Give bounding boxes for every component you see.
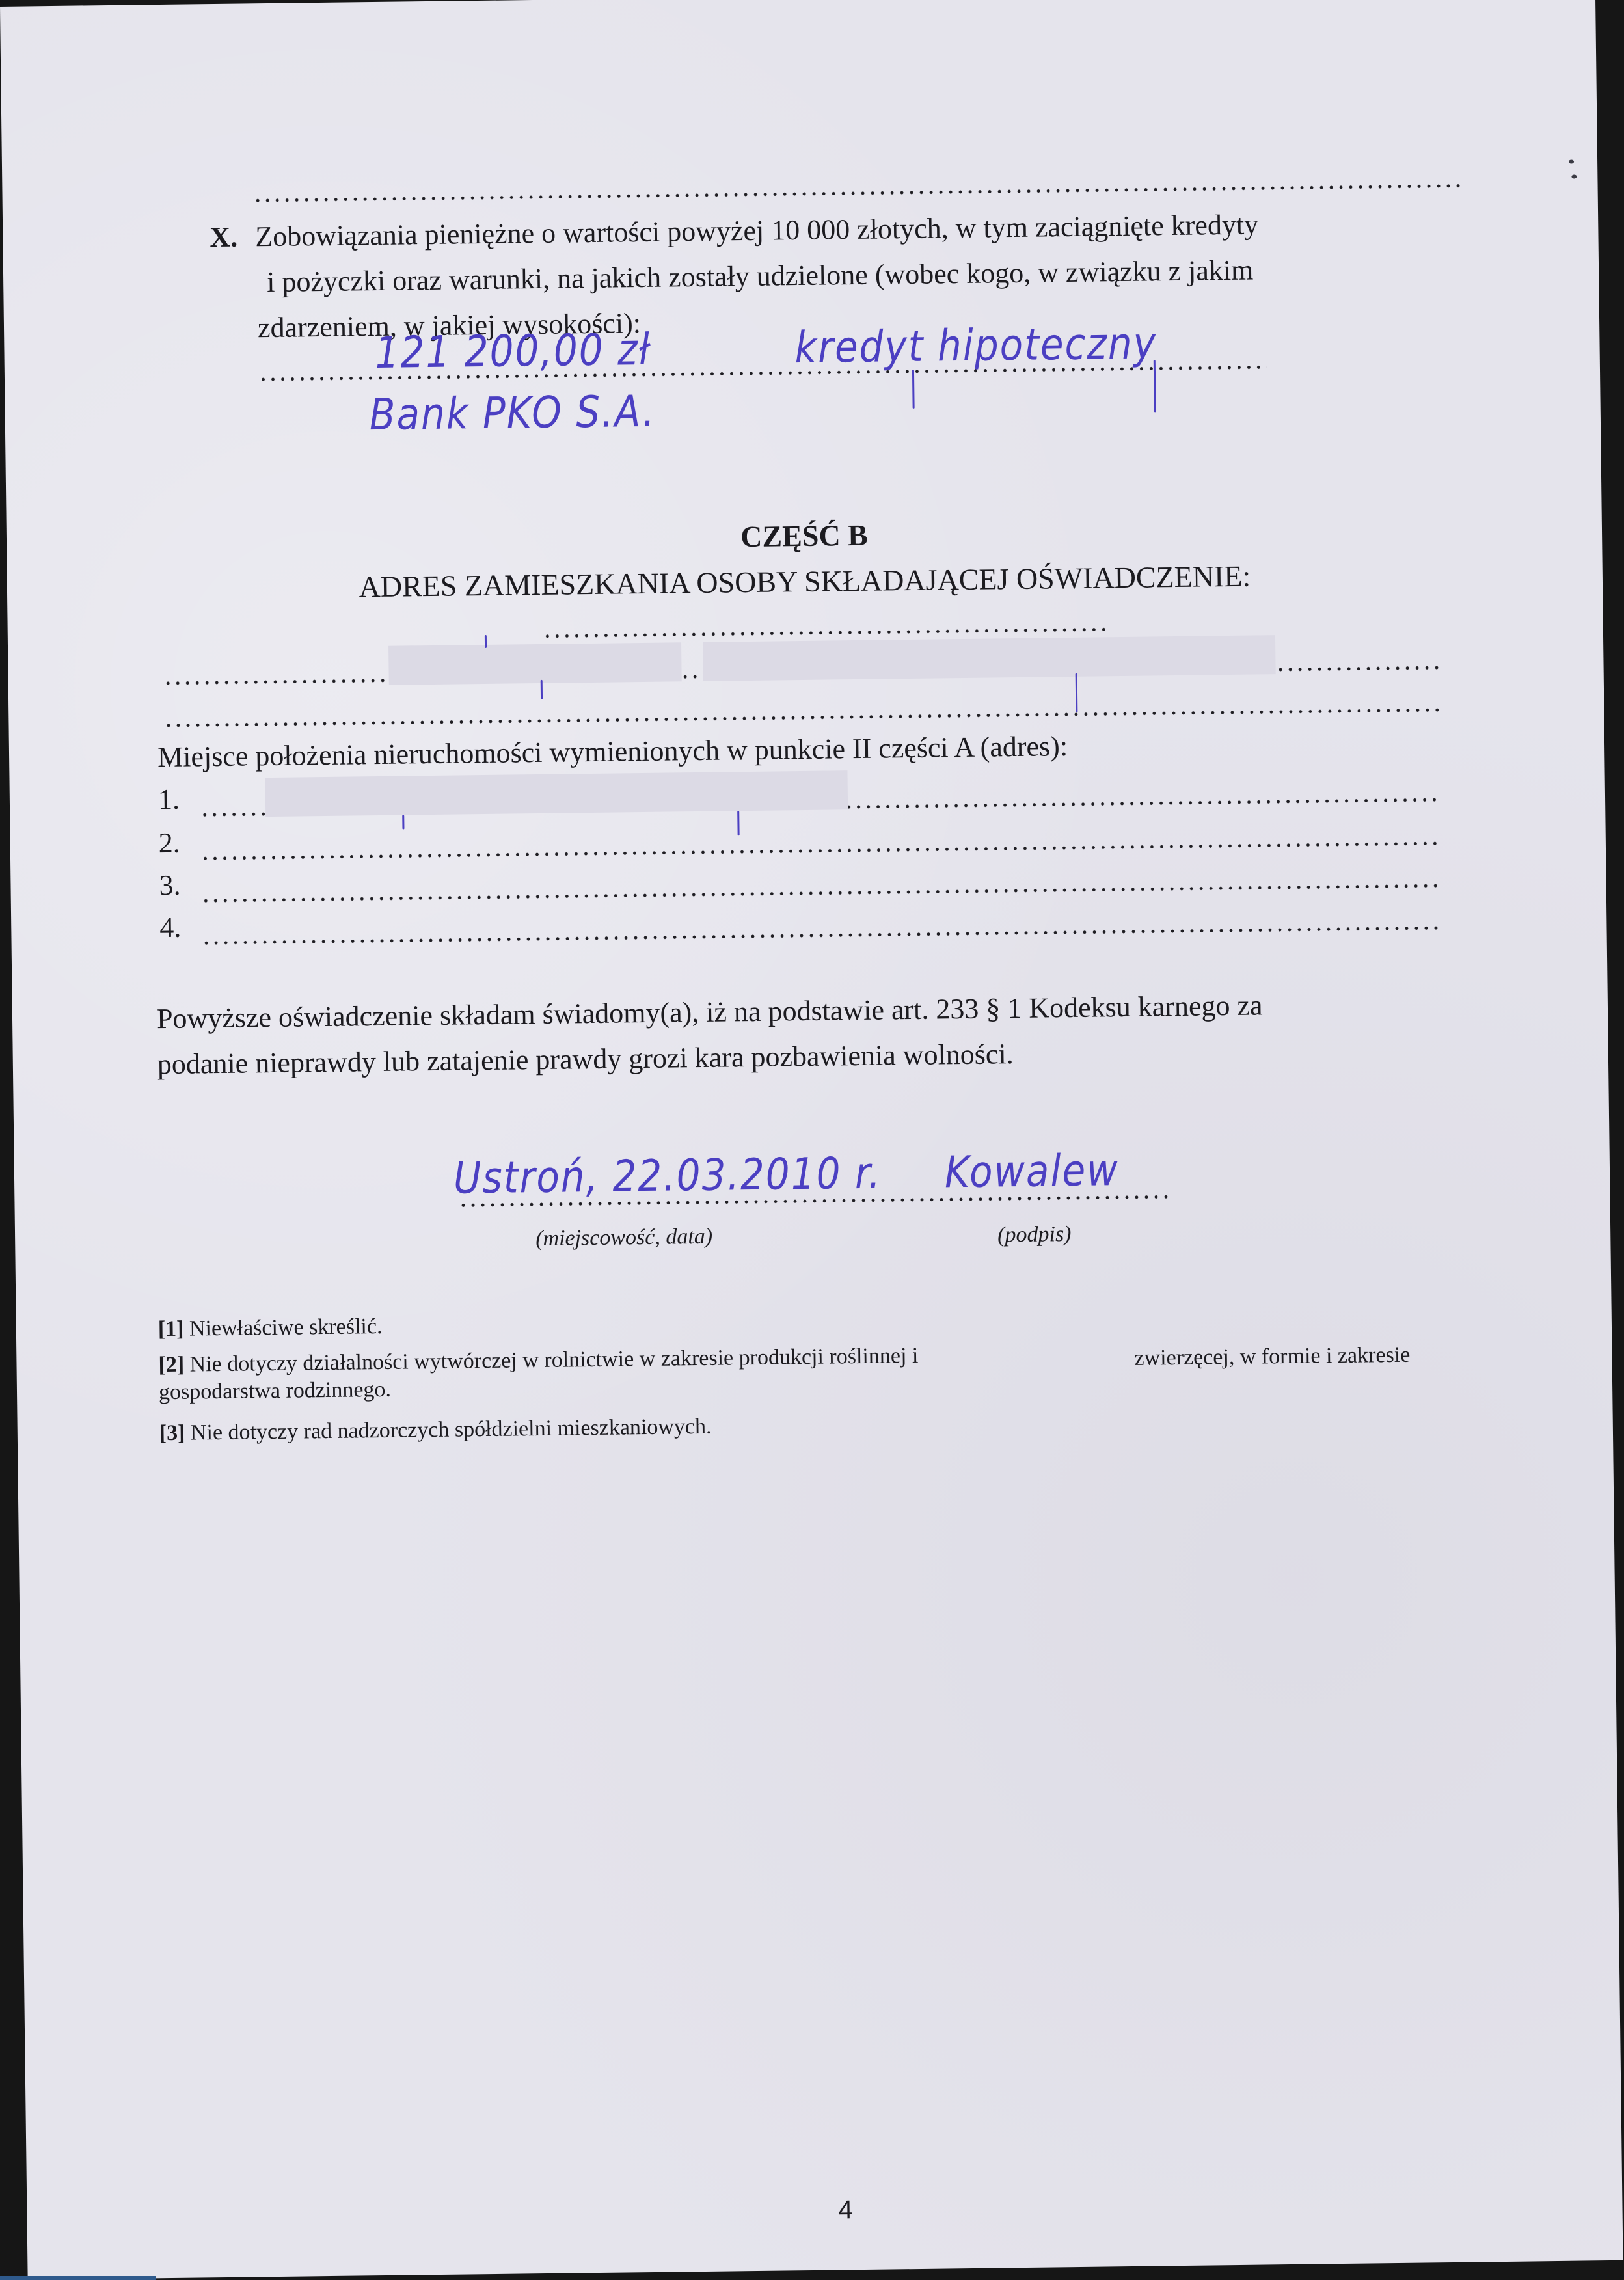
footnote-3: [3] Nie dotyczy rad nadzorczych spółdzie… <box>159 1413 712 1447</box>
scanner-edge-strip <box>0 2276 156 2280</box>
footnote-3-text: Nie dotyczy rad nadzorczych spółdzielni … <box>191 1415 712 1445</box>
handwritten-lender: Bank PKO S.A. <box>369 386 656 441</box>
property-item-number-1: 1. <box>158 781 180 819</box>
footnote-2-marker: [2] <box>158 1353 184 1377</box>
footnote-2-text-right: zwierzęcej, w formie i zakresie <box>1134 1342 1410 1372</box>
dotted-line-address-top <box>543 627 1109 638</box>
property-item-line-2 <box>200 841 1437 860</box>
handwritten-place-date: Ustroń, 22.03.2010 r. <box>453 1147 882 1203</box>
handwritten-loan-amount: 121 200,00 zł <box>375 324 651 378</box>
redacted-property-address-1 <box>265 770 848 817</box>
dotted-line-previous-section <box>253 184 1463 203</box>
pen-stroke <box>402 815 404 830</box>
page-number: 4 <box>838 2195 853 2225</box>
redacted-address-part-1 <box>388 642 682 685</box>
declaration-line-1: Powyższe oświadczenie składam świadomy(a… <box>157 986 1263 1038</box>
property-item-number-3: 3. <box>159 867 181 904</box>
property-location-heading: Miejsce położenia nieruchomości wymienio… <box>157 727 1068 776</box>
handwritten-signature: Kowalew <box>945 1145 1120 1197</box>
scan-mark <box>1569 159 1574 163</box>
section-x-line-2: i pożyczki oraz warunki, na jakich zosta… <box>267 251 1254 301</box>
redacted-address-part-2 <box>703 635 1276 681</box>
property-item-number-4: 4. <box>159 909 182 947</box>
footnote-1: [1] Niewłaściwe skreślić. <box>158 1313 383 1343</box>
dotted-line-address-2 <box>163 708 1439 727</box>
pen-stroke <box>912 370 915 409</box>
footnote-2-continuation: gospodarstwa rodzinnego. <box>159 1376 391 1406</box>
pen-stroke <box>1076 673 1078 712</box>
property-item-number-2: 2. <box>158 824 180 862</box>
section-x-line-1: Zobowiązania pieniężne o wartości powyże… <box>255 206 1258 256</box>
footnote-3-marker: [3] <box>159 1421 185 1445</box>
signature-caption: (podpis) <box>997 1222 1072 1247</box>
footnote-2-text: Nie dotyczy działalności wytwórczej w ro… <box>189 1344 918 1377</box>
place-date-caption: (miejscowość, data) <box>535 1225 712 1251</box>
scan-mark <box>1571 174 1577 178</box>
property-item-line-4 <box>202 926 1438 945</box>
footnote-1-marker: [1] <box>158 1317 184 1341</box>
pen-stroke <box>541 680 543 699</box>
handwritten-loan-description: kredyt hipoteczny <box>794 318 1157 373</box>
declaration-line-2: podanie nieprawdy lub zatajenie prawdy g… <box>157 1035 1014 1083</box>
footnote-1-text: Niewłaściwe skreślić. <box>189 1314 383 1341</box>
document-page: X. Zobowiązania pieniężne o wartości pow… <box>0 0 1623 2280</box>
footnote-2: [2] Nie dotyczy działalności wytwórczej … <box>158 1342 918 1379</box>
property-item-line-3 <box>201 884 1437 903</box>
pen-stroke <box>485 635 487 648</box>
section-x-label: X. <box>210 219 237 257</box>
pen-stroke <box>737 811 739 835</box>
